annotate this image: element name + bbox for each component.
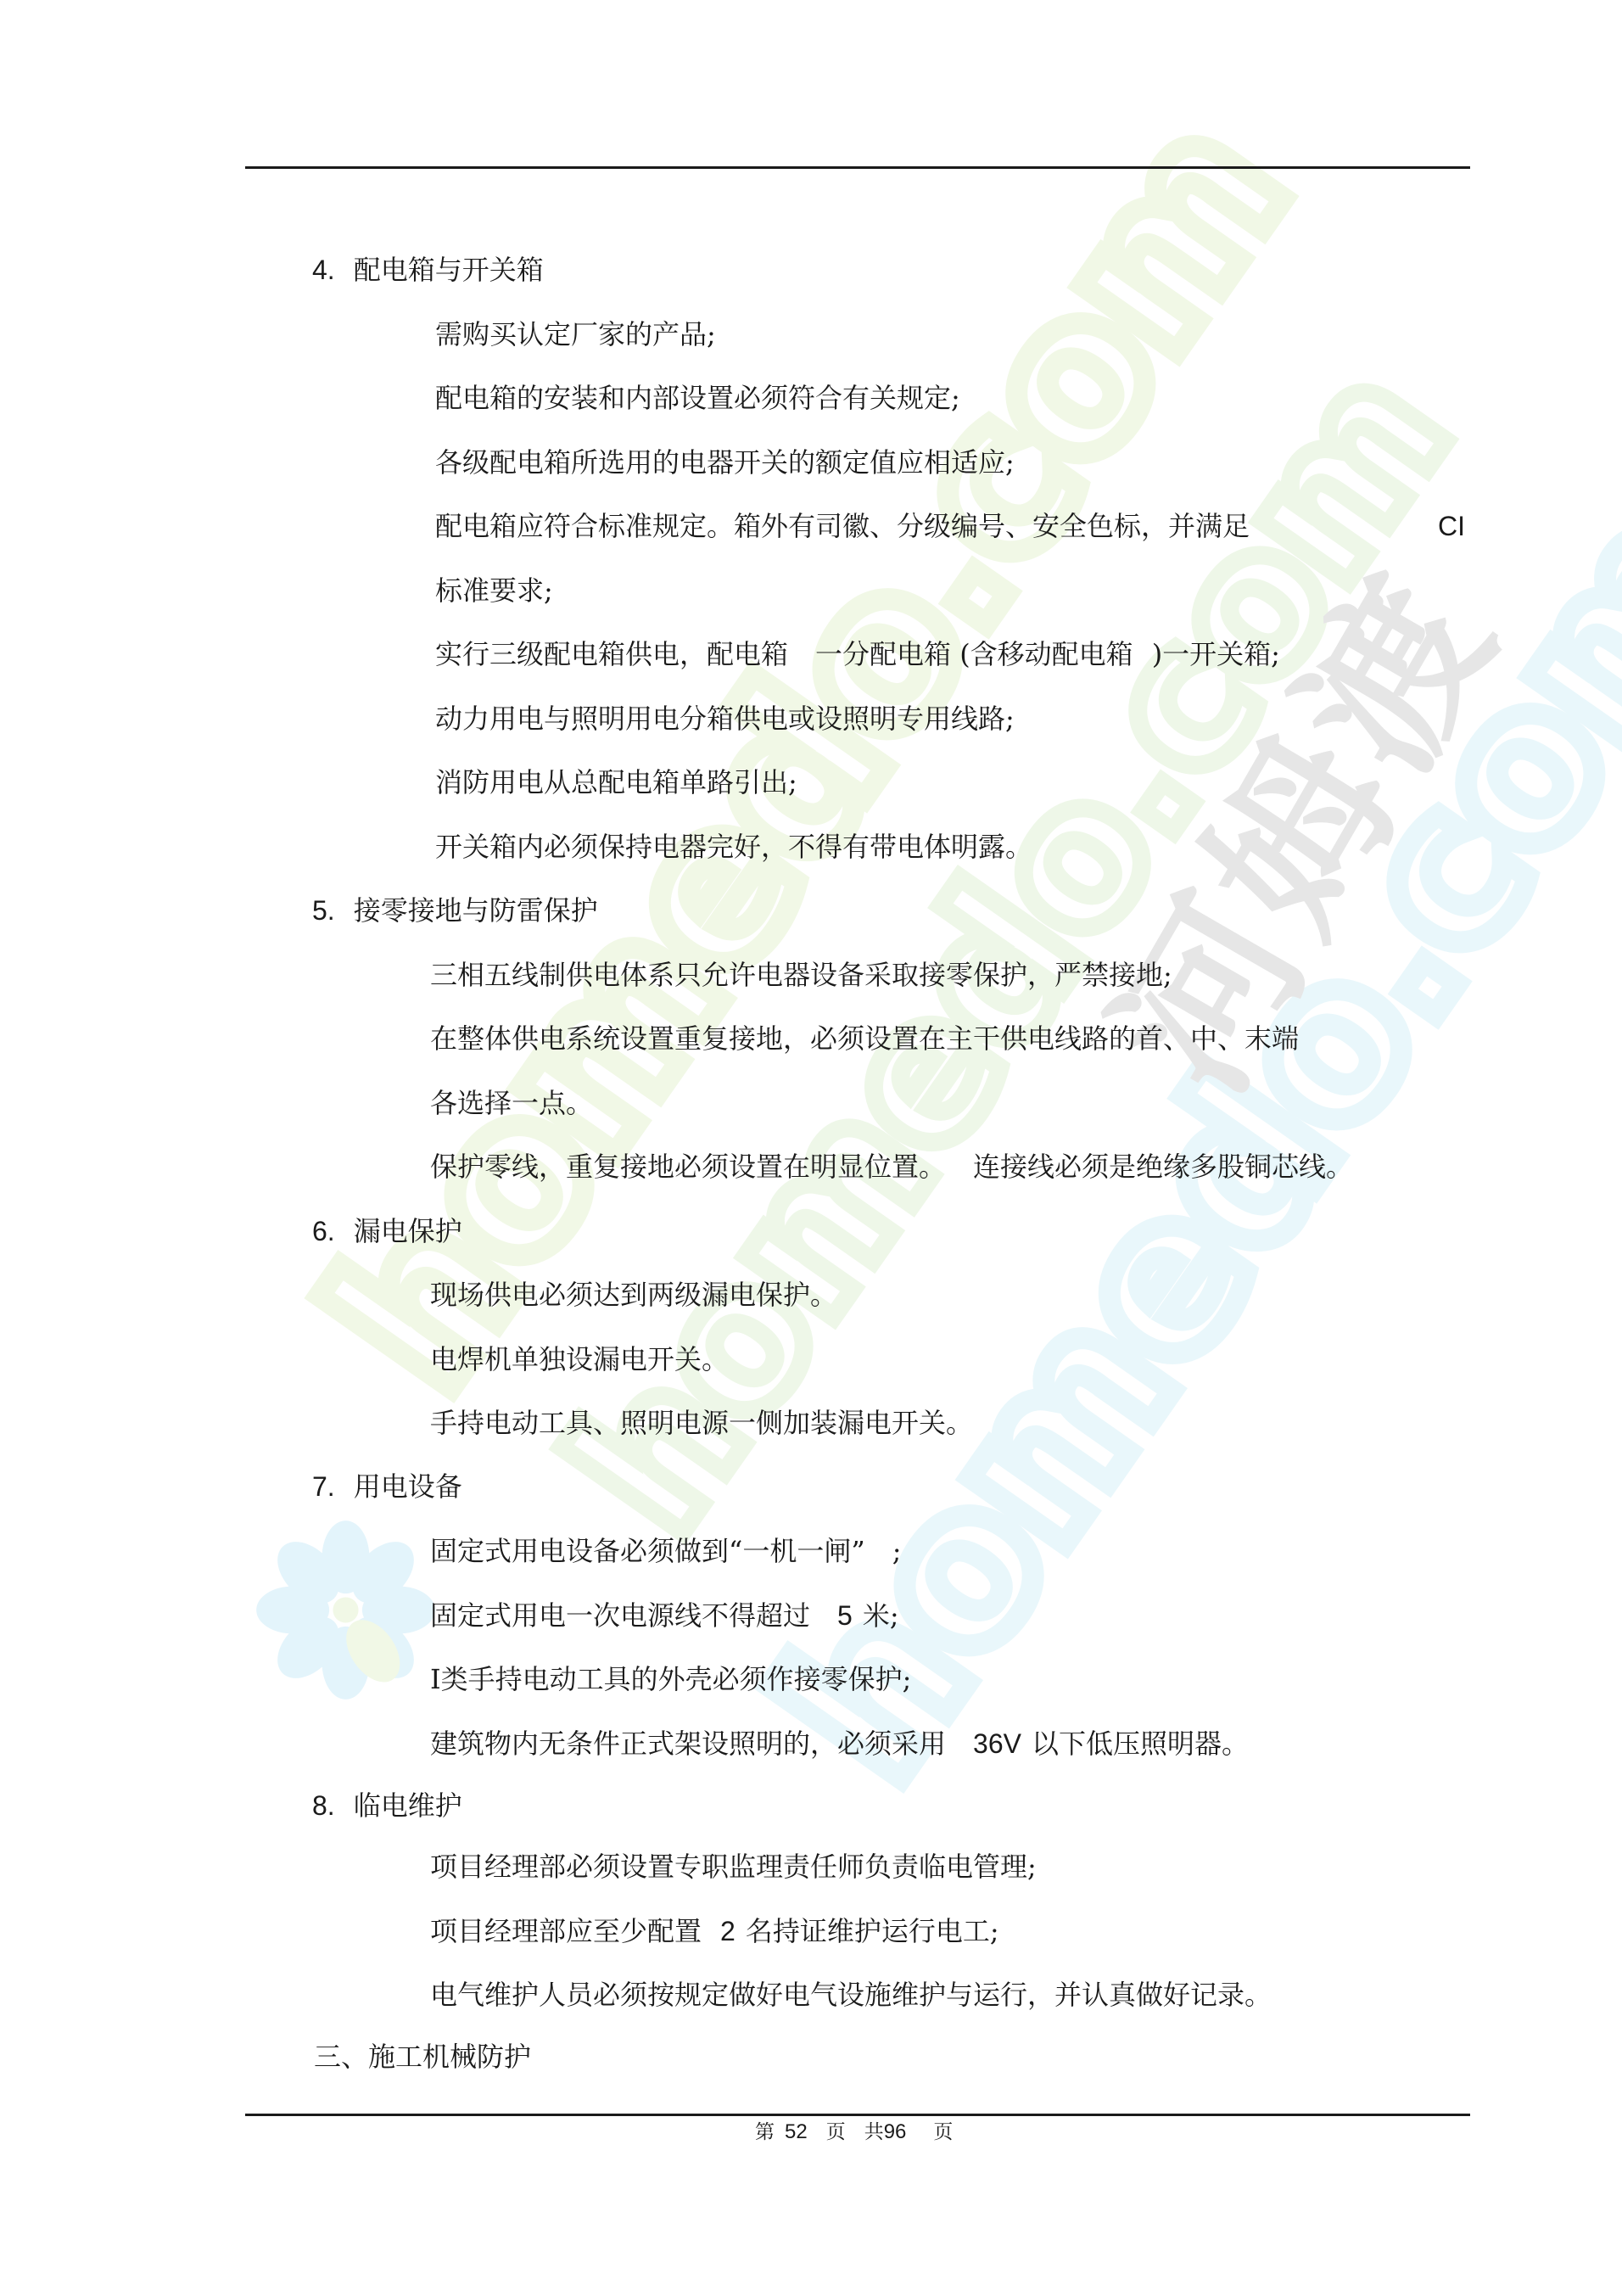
list-item-part: 以下低压照明器。 (1032, 1728, 1249, 1760)
list-item: 电焊机单独设漏电开关。 (430, 1342, 729, 1376)
list-item-part: 保护零线，重复接地必须设置在明显位置。 (430, 1151, 946, 1183)
list-item: 配电箱的安装和内部设置必须符合有关规定; (435, 381, 960, 415)
list-item: 固定式用电设备必须做到“一机一闸”; (430, 1534, 902, 1568)
section-title: 临电维护 (354, 1789, 462, 1822)
list-item: 动力用电与照明用电分箱供电或设照明专用线路; (435, 702, 1015, 736)
list-item: Ⅰ类手持电动工具的外壳必须作接零保护; (430, 1662, 911, 1696)
section-heading-7: 7.用电设备 (312, 1470, 462, 1504)
current-page-number: 52 (785, 2120, 808, 2143)
list-item: 需购买认定厂家的产品; (435, 317, 716, 351)
list-item: 开关箱内必须保持电器完好，不得有带电体明露。 (435, 830, 1032, 864)
list-item: 项目经理部必须设置专职监理责任师负责临电管理; (430, 1850, 1037, 1884)
section-title: 漏电保护 (354, 1215, 462, 1247)
list-item-part: 固定式用电设备必须做到“一机一闸” (430, 1535, 865, 1567)
list-item-part: 名持证维护运行电工; (746, 1915, 999, 1947)
list-item: 在整体供电系统设置重复接地，必须设置在主干供电线路的首、中、末端 (430, 1022, 1299, 1056)
list-item: 电气维护人员必须按规定做好电气设施维护与运行，并认真做好记录。 (430, 1978, 1272, 2012)
list-item: 手持电动工具、照明电源一侧加装漏电开关。 (430, 1406, 973, 1440)
section-number-separator: . (327, 255, 335, 285)
section-title: 用电设备 (354, 1470, 462, 1503)
list-item-part: 建筑物内无条件正式架设照明的，必须采用 (430, 1728, 946, 1760)
footer-prefix: 第 (755, 2121, 775, 2143)
list-item-part: ; (892, 1535, 902, 1567)
section-heading-8: 8.临电维护 (312, 1789, 462, 1823)
section-heading-6: 6.漏电保护 (312, 1214, 462, 1248)
chapter-heading: 三、施工机械防护 (314, 2040, 531, 2074)
footer-suffix: 页 (933, 2121, 953, 2143)
list-item: 现场供电必须达到两级漏电保护。 (430, 1278, 837, 1312)
section-number: 7 (312, 1471, 327, 1502)
list-item: 建筑物内无条件正式架设照明的，必须采用36V以下低压照明器。 (430, 1727, 1249, 1761)
list-item: 实行三级配电箱供电，配电箱一分配电箱 (含移动配电箱)一开关箱; (435, 637, 1280, 671)
length-value: 5 (837, 1600, 853, 1631)
list-item: 各级配电箱所选用的电器开关的额定值应相适应; (435, 445, 1015, 479)
list-item: 标准要求; (435, 574, 553, 608)
section-title: 接零接地与防雷保护 (354, 894, 598, 927)
ci-standard-label: CI (1438, 509, 1465, 543)
list-item-part: )一开关箱; (1152, 638, 1280, 670)
list-item: 配电箱应符合标准规定。箱外有司徽、分级编号、安全色标，并满足 (435, 509, 1250, 543)
voltage-value: 36V (973, 1728, 1021, 1759)
section-heading-5: 5.接零接地与防雷保护 (312, 893, 598, 927)
list-item: 各选择一点。 (430, 1086, 593, 1120)
list-item-part: 连接线必须是绝缘多股铜芯线。 (973, 1151, 1353, 1183)
section-number: 8 (312, 1790, 327, 1821)
list-item: 三相五线制供电体系只允许电器设备采取接零保护，严禁接地; (430, 958, 1172, 992)
page-footer: 第52页共96页 (755, 2120, 953, 2145)
list-item-part: 米; (863, 1599, 899, 1632)
list-item: 固定式用电一次电源线不得超过5米; (430, 1599, 899, 1632)
section-number-separator: . (327, 1216, 335, 1246)
list-item-part: 项目经理部应至少配置 (430, 1915, 702, 1947)
footer-total-prefix: 共 (864, 2121, 884, 2143)
section-number: 5 (312, 895, 327, 926)
footer-page-word: 页 (826, 2121, 846, 2143)
section-number-separator: . (327, 1471, 335, 1502)
section-title: 配电箱与开关箱 (354, 254, 544, 286)
list-item-part: 一分配电箱 (含移动配电箱 (815, 638, 1133, 670)
section-heading-4: 4.配电箱与开关箱 (312, 253, 544, 287)
count-value: 2 (720, 1916, 735, 1946)
document-body: 4.配电箱与开关箱 需购买认定厂家的产品; 配电箱的安装和内部设置必须符合有关规… (0, 0, 1622, 2296)
list-item: 项目经理部应至少配置2名持证维护运行电工; (430, 1914, 999, 1948)
section-number-separator: . (327, 1790, 335, 1821)
list-item-part: 固定式用电一次电源线不得超过 (430, 1599, 810, 1632)
list-item: 保护零线，重复接地必须设置在明显位置。连接线必须是绝缘多股铜芯线。 (430, 1150, 1353, 1184)
section-number-separator: . (327, 895, 335, 926)
total-pages-number: 96 (884, 2120, 907, 2143)
section-number: 6 (312, 1216, 327, 1246)
section-number: 4 (312, 255, 327, 285)
list-item: 消防用电从总配电箱单路引出; (435, 765, 797, 799)
list-item-part: 实行三级配电箱供电，配电箱 (435, 638, 788, 670)
document-page: homedo.com homedo.com homedo.com 河姆渡 4.配… (0, 0, 1622, 2296)
